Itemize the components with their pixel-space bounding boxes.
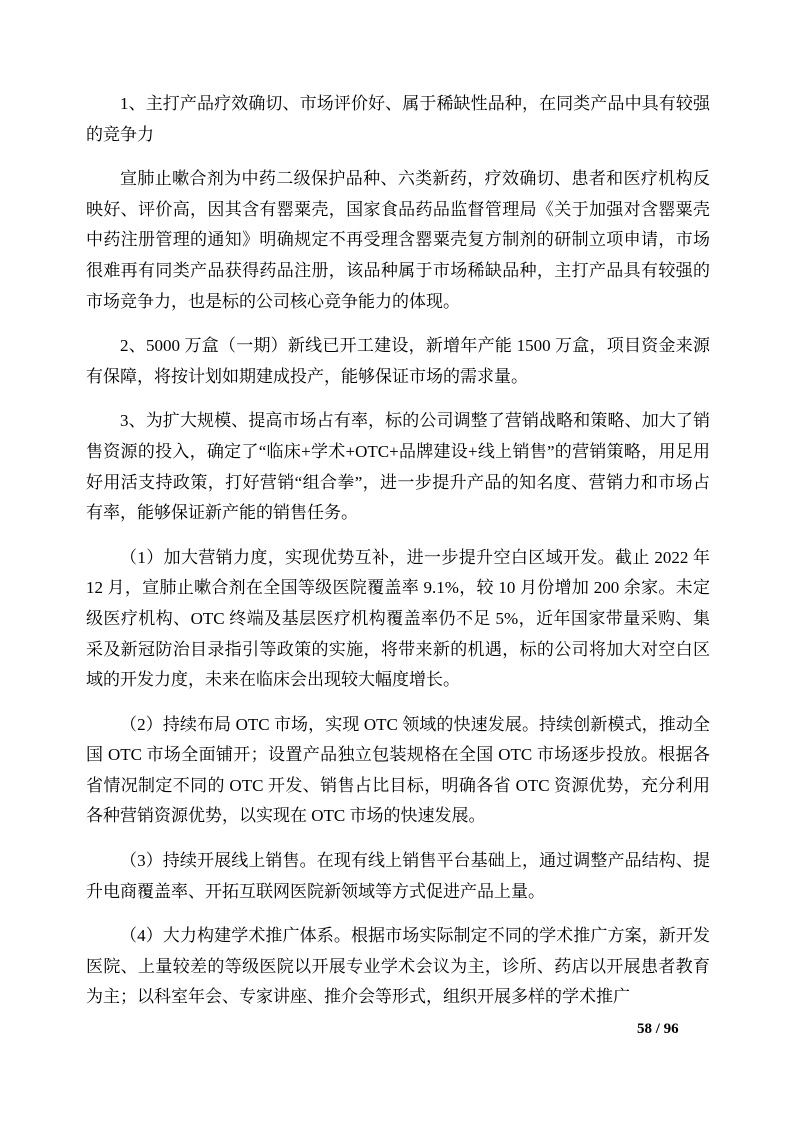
document-page: 1、主打产品疗效确切、市场评价好、属于稀缺性品种，在同类产品中具有较强的竞争力 … [0, 0, 793, 1122]
paragraph: （4）大力构建学术推广体系。根据市场实际制定不同的学术推广方案，新开发医院、上量… [86, 921, 710, 1013]
paragraph: （3）持续开展线上销售。在现有线上销售平台基础上，通过调整产品结构、提升电商覆盖… [86, 846, 710, 907]
paragraph: （2）持续布局 OTC 市场，实现 OTC 领域的快速发展。持续创新模式，推动全… [86, 710, 710, 832]
section-heading: 2、5000 万盒（一期）新线已开工建设，新增年产能 1500 万盒，项目资金来… [86, 331, 710, 392]
section-heading: 1、主打产品疗效确切、市场评价好、属于稀缺性品种，在同类产品中具有较强的竞争力 [86, 89, 710, 150]
paragraph: （1）加大营销力度，实现优势互补，进一步提升空白区域开发。截止 2022 年 1… [86, 543, 710, 696]
document-body: 1、主打产品疗效确切、市场评价好、属于稀缺性品种，在同类产品中具有较强的竞争力 … [86, 89, 710, 1027]
paragraph: 宣肺止嗽合剂为中药二级保护品种、六类新药，疗效确切、患者和医疗机构反映好、评价高… [86, 164, 710, 317]
page-number: 58 / 96 [637, 1021, 679, 1037]
section-heading: 3、为扩大规模、提高市场占有率，标的公司调整了营销战略和策略、加大了销售资源的投… [86, 406, 710, 528]
